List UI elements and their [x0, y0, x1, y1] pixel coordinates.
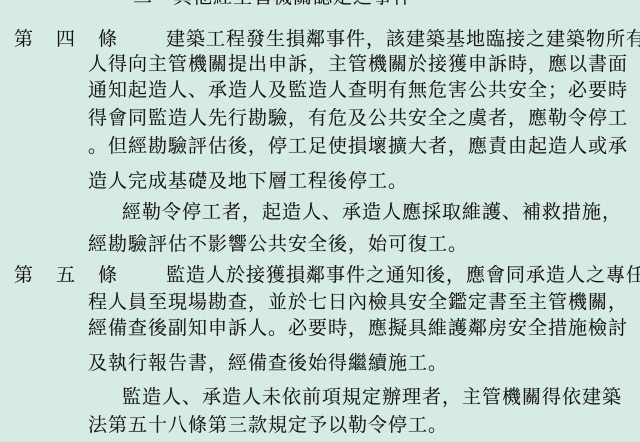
article-5-first-line: 第五條 監造人於接獲損鄰事件之通知後，應會同承造人之專任工: [0, 263, 640, 287]
article-5-line: 經備查後副知申訴人。必要時，應擬具維護鄰房安全措施檢討: [88, 316, 628, 340]
article-4-paragraph-2-start: 經勒令停工者，起造人、承造人應採取維護、補救措施，: [122, 200, 622, 224]
document-page: 二 其他經主管機關認定之事件 第四條 建築工程發生損鄰事件，該建築基地臨接之建築…: [0, 0, 640, 442]
article-4-line: 。但經勘驗評估後，停工足使損壞擴大者，應責由起造人或承: [88, 134, 628, 158]
article-4-number: 第四條: [14, 27, 140, 51]
article-5-paragraph-2-start: 監造人、承造人未依前項規定辦理者，主管機關得依建築: [122, 385, 622, 409]
article-4-line: 得會同監造人先行勘驗，有危及公共安全之虞者，應勒令停工: [88, 106, 628, 130]
article-5-body-start: 監造人於接獲損鄰事件之通知後，應會同承造人之專任工: [166, 263, 640, 287]
article-4-line: 造人完成基礎及地下層工程後停工。: [88, 169, 408, 193]
article-4-body-start: 建築工程發生損鄰事件，該建築基地臨接之建築物所有權: [166, 27, 640, 51]
article-5-line: 及執行報告書，經備查後始得繼續施工。: [88, 351, 448, 375]
article-4-line: 經勘驗評估不影響公共安全後，始可復工。: [88, 232, 468, 256]
article-4-first-line: 第四條 建築工程發生損鄰事件，該建築基地臨接之建築物所有權: [0, 27, 640, 51]
article-4-line: 通知起造人、承造人及監造人查明有無危害公共安全；必要時: [88, 78, 628, 102]
article-5-line: 程人員至現場勘查，並於七日內檢具安全鑑定書至主管機關，: [88, 290, 628, 314]
article-4-line: 人得向主管機關提出申訴，主管機關於接獲申訴時，應以書面: [88, 52, 628, 76]
article-5-line: 法第五十八條第三款規定予以勒令停工。: [88, 413, 448, 437]
clipped-top-line: 二 其他經主管機關認定之事件: [133, 0, 413, 9]
article-5-number: 第五條: [14, 263, 140, 287]
